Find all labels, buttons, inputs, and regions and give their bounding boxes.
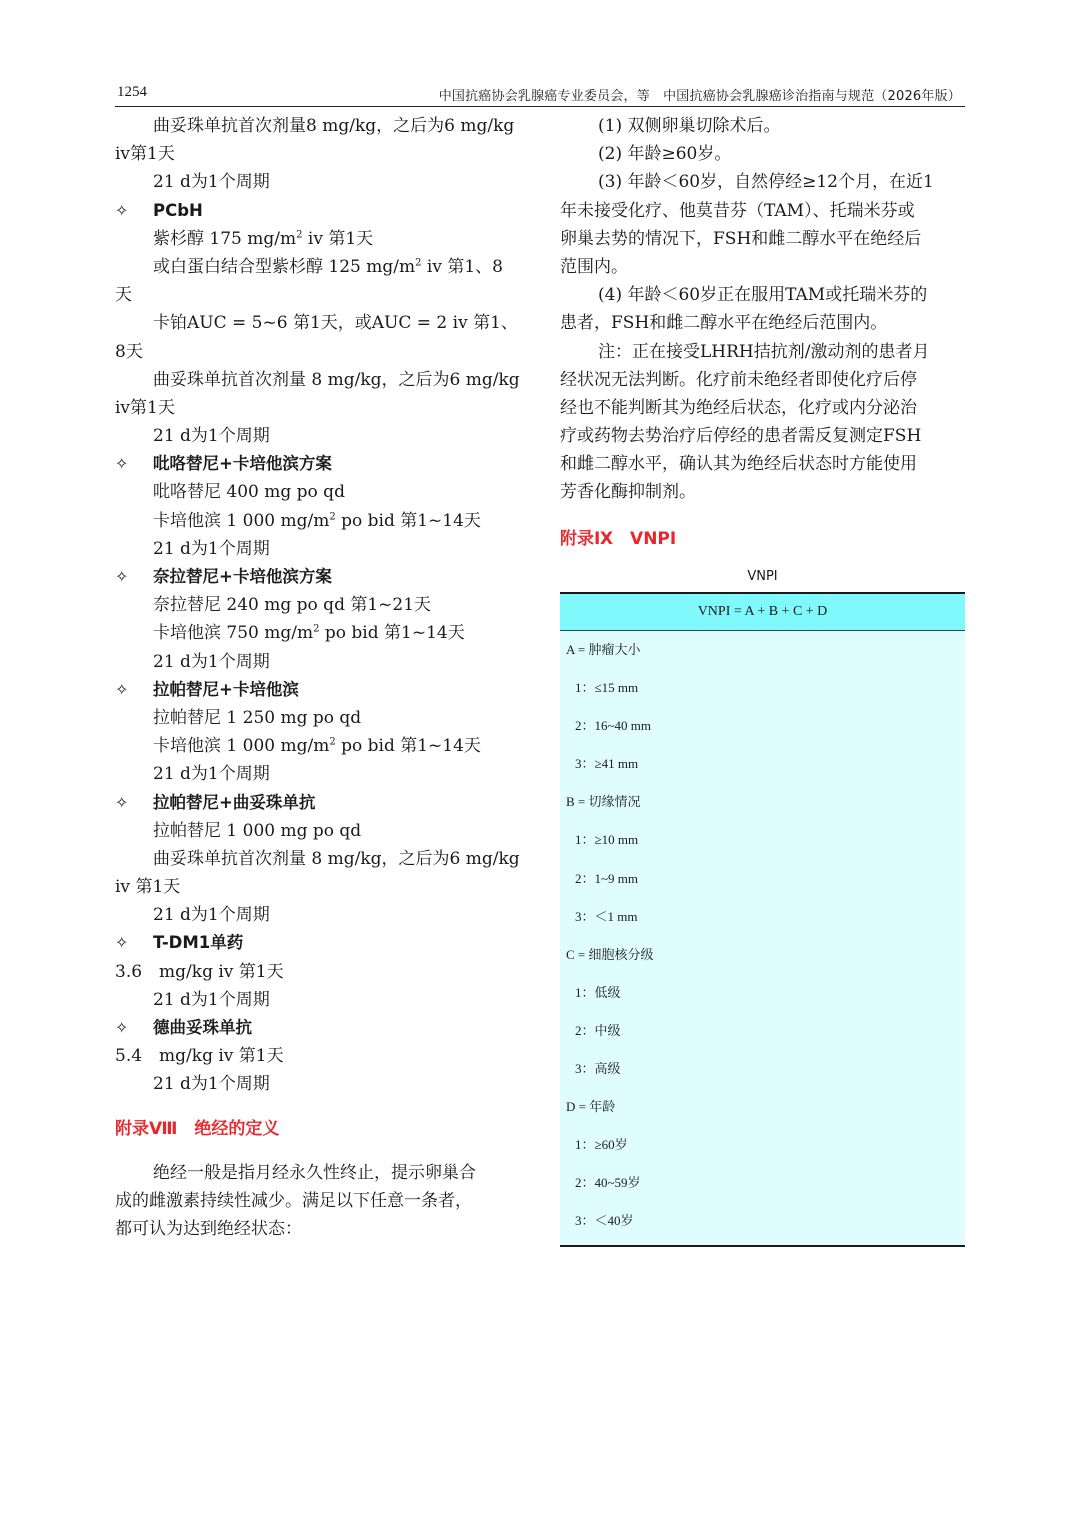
regimen-heading: ✧德曲妥珠单抗 [115,1014,525,1042]
table-option-row: 2：1~9 mm [560,860,965,898]
table-option-row: 1：≤15 mm [560,669,965,707]
diamond-bullet-icon: ✧ [115,450,153,478]
text-line: 8天 [115,338,525,366]
regimen-heading: ✧拉帕替尼+曲妥珠单抗 [115,789,525,817]
text-line: 拉帕替尼 1 250 mg po qd [115,704,525,732]
regimen-heading: ✧T-DM1单药 [115,929,525,957]
table-category-row: D = 年龄 [560,1088,965,1126]
text-line: 21 d为1个周期 [115,986,525,1014]
text-line: 21 d为1个周期 [115,1070,525,1098]
diamond-bullet-icon: ✧ [115,1014,153,1042]
text-line: (1) 双侧卵巢切除术后。 [560,112,965,140]
regimen-name: 拉帕替尼+卡培他滨 [153,680,299,699]
regimen-name: T-DM1单药 [153,933,243,952]
text-line: 21 d为1个周期 [115,168,525,196]
table-option-row: 3：＜1 mm [560,898,965,936]
menopause-criteria: (1) 双侧卵巢切除术后。(2) 年龄≥60岁。(3) 年龄＜60岁，自然停经≥… [560,112,965,507]
regimen-name: PCbH [153,201,203,220]
table-option-row: 3：＜40岁 [560,1202,965,1240]
text-segment: iv 第1天 [302,229,373,249]
diamond-bullet-icon: ✧ [115,563,153,591]
text-line: iv第1天 [115,140,525,168]
text-line: (4) 年龄＜60岁正在服用TAM或托瑞米芬的 [560,281,965,309]
page-number: 1254 [117,84,147,101]
text-line: 曲妥珠单抗首次剂量 8 mg/kg，之后为6 mg/kg [115,366,525,394]
text-line: 3.6 mg/kg iv 第1天 [115,958,525,986]
table-option-row: 2：40~59岁 [560,1164,965,1202]
appendix-8-paragraph: 绝经一般是指月经永久性终止，提示卵巢合 成的雌激素持续性减少。满足以下任意一条者… [115,1159,525,1244]
running-title: 中国抗癌协会乳腺癌专业委员会，等 中国抗癌协会乳腺癌诊治指南与规范（2026年版… [439,85,961,104]
left-column: 曲妥珠单抗首次剂量8 mg/kg，之后为6 mg/kgiv第1天21 d为1个周… [115,112,525,1243]
table-option-row: 1：≥60岁 [560,1126,965,1164]
regimen-heading: ✧拉帕替尼+卡培他滨 [115,676,525,704]
text-line: 经状况无法判断。化疗前未绝经者即使化疗后停 [560,366,965,394]
text-line: 曲妥珠单抗首次剂量 8 mg/kg，之后为6 mg/kg [115,845,525,873]
text-segment: 紫杉醇 175 mg/m [153,229,296,249]
regimen-name: 吡咯替尼+卡培他滨方案 [153,454,332,473]
text-line: 患者，FSH和雌二醇水平在绝经后范围内。 [560,309,965,337]
text-segment: po bid 第1~14天 [319,623,464,643]
text-line: 5.4 mg/kg iv 第1天 [115,1042,525,1070]
text-line: iv第1天 [115,394,525,422]
table-option-row: 3：≥41 mm [560,745,965,783]
regimen-name: 拉帕替尼+曲妥珠单抗 [153,793,315,812]
right-column: (1) 双侧卵巢切除术后。(2) 年龄≥60岁。(3) 年龄＜60岁，自然停经≥… [560,112,965,553]
text-line: 疗或药物去势治疗后停经的患者需反复测定FSH [560,422,965,450]
text-line: (3) 年龄＜60岁，自然停经≥12个月，在近1 [560,168,965,196]
table-option-row: 1：低级 [560,974,965,1012]
text-segment: 卡培他滨 1 000 mg/m [153,511,329,531]
dosage-line: 卡培他滨 1 000 mg/m2 po bid 第1~14天 [115,507,525,535]
table-option-row: 2：16~40 mm [560,707,965,745]
text-line: 经也不能判断其为绝经后状态，化疗或内分泌治 [560,394,965,422]
vnpi-table: VNPI = A + B + C + D A = 肿瘤大小1：≤15 mm2：1… [560,592,965,1247]
text-segment: 卡培他滨 1 000 mg/m [153,736,329,756]
text-segment: po bid 第1~14天 [336,736,481,756]
text-segment: iv 第1、8 [421,257,502,277]
text-line: 吡咯替尼 400 mg po qd [115,478,525,506]
regimen-name: 德曲妥珠单抗 [153,1018,252,1037]
text-segment: 卡培他滨 750 mg/m [153,623,313,643]
table-option-row: 3：高级 [560,1050,965,1088]
table-header: VNPI = A + B + C + D [560,594,965,631]
appendix-8-title: 附录Ⅷ 绝经的定义 [115,1115,525,1143]
paragraph-line: 绝经一般是指月经永久性终止，提示卵巢合 [115,1159,525,1187]
dosage-line: 卡培他滨 1 000 mg/m2 po bid 第1~14天 [115,732,525,760]
text-line: (2) 年龄≥60岁。 [560,140,965,168]
table-caption: VNPI [560,569,965,584]
regimen-list: 曲妥珠单抗首次剂量8 mg/kg，之后为6 mg/kgiv第1天21 d为1个周… [115,112,525,1099]
text-line: 卡铂AUC = 5~6 第1天，或AUC = 2 iv 第1、 [115,309,525,337]
table-category-row: B = 切缘情况 [560,783,965,821]
regimen-heading: ✧PCbH [115,197,525,225]
text-segment: 或白蛋白结合型紫杉醇 125 mg/m [153,257,415,277]
text-line: 21 d为1个周期 [115,535,525,563]
regimen-heading: ✧吡咯替尼+卡培他滨方案 [115,450,525,478]
text-line: 21 d为1个周期 [115,648,525,676]
appendix-9-title: 附录Ⅸ VNPI [560,525,965,553]
text-line: 卵巢去势的情况下，FSH和雌二醇水平在绝经后 [560,225,965,253]
diamond-bullet-icon: ✧ [115,929,153,957]
page-header: 1254 中国抗癌协会乳腺癌专业委员会，等 中国抗癌协会乳腺癌诊治指南与规范（2… [115,84,965,107]
text-line: 年未接受化疗、他莫昔芬（TAM）、托瑞米芬或 [560,197,965,225]
text-line: 21 d为1个周期 [115,901,525,929]
text-line: 范围内。 [560,253,965,281]
paragraph-line: 都可认为达到绝经状态： [115,1215,525,1243]
text-line: 和雌二醇水平，确认其为绝经后状态时方能使用 [560,450,965,478]
text-line: 21 d为1个周期 [115,422,525,450]
paragraph-line: 成的雌激素持续性减少。满足以下任意一条者， [115,1187,525,1215]
dosage-line: 卡培他滨 750 mg/m2 po bid 第1~14天 [115,619,525,647]
table-option-row: 1：≥10 mm [560,821,965,859]
table-body: A = 肿瘤大小1：≤15 mm2：16~40 mm3：≥41 mmB = 切缘… [560,631,965,1245]
text-line: 奈拉替尼 240 mg po qd 第1~21天 [115,591,525,619]
text-line: 注：正在接受LHRH拮抗剂/激动剂的患者月 [560,338,965,366]
regimen-heading: ✧奈拉替尼+卡培他滨方案 [115,563,525,591]
text-line: iv 第1天 [115,873,525,901]
table-category-row: C = 细胞核分级 [560,936,965,974]
text-line: 拉帕替尼 1 000 mg po qd [115,817,525,845]
text-line: 曲妥珠单抗首次剂量8 mg/kg，之后为6 mg/kg [115,112,525,140]
text-line: 芳香化酶抑制剂。 [560,478,965,506]
text-segment: po bid 第1~14天 [336,511,481,531]
dosage-line: 紫杉醇 175 mg/m2 iv 第1天 [115,225,525,253]
table-option-row: 2：中级 [560,1012,965,1050]
text-line: 天 [115,281,525,309]
diamond-bullet-icon: ✧ [115,197,153,225]
diamond-bullet-icon: ✧ [115,676,153,704]
regimen-name: 奈拉替尼+卡培他滨方案 [153,567,332,586]
diamond-bullet-icon: ✧ [115,789,153,817]
table-category-row: A = 肿瘤大小 [560,631,965,669]
dosage-line: 或白蛋白结合型紫杉醇 125 mg/m2 iv 第1、8 [115,253,525,281]
text-line: 21 d为1个周期 [115,760,525,788]
